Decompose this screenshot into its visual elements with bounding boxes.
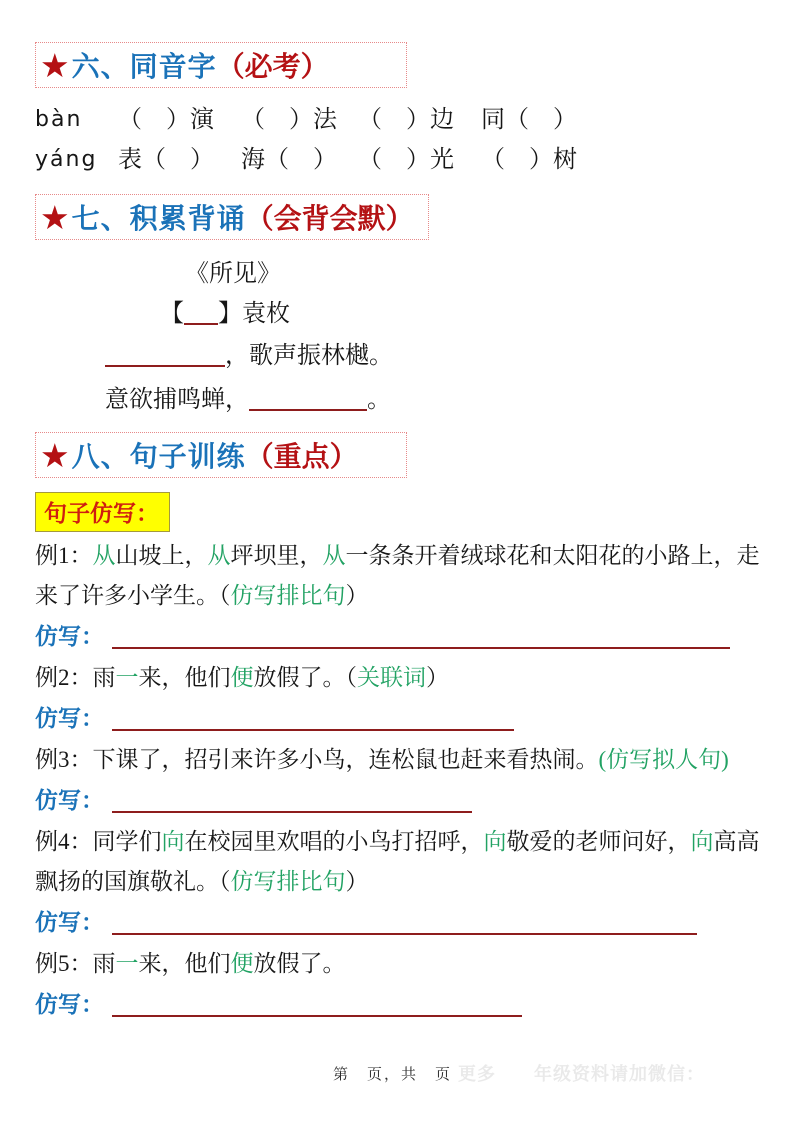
answer-underline <box>112 1015 522 1017</box>
sentence-badge: 句子仿写： <box>35 492 170 532</box>
text-run: 向 <box>691 829 714 854</box>
text-run: ） <box>346 869 369 894</box>
section-header-seven: ★ 七、积累背诵 （会背会默） <box>35 194 429 240</box>
text-run: 例1： <box>35 543 93 568</box>
text-run: 敬爱的老师问好， <box>507 829 691 854</box>
answer-line-4: 仿写： <box>35 902 760 944</box>
answer-underline <box>112 647 730 649</box>
example-sentence-5: 例5：雨一来，他们便放假了。 <box>35 944 760 984</box>
answer-line-5: 仿写： <box>35 984 760 1026</box>
homophone-item: （ ）法 <box>241 100 358 140</box>
text-run: ，歌声振林樾。 <box>225 343 393 369</box>
section-title: 八、句子训练 <box>72 435 246 475</box>
answer-underline <box>112 729 514 731</box>
text-run: 便 <box>231 665 254 690</box>
section-title: 七、积累背诵 <box>72 197 246 237</box>
text-run: 仿写排比句 <box>231 869 346 894</box>
homophone-item: 同（ ） <box>481 100 760 140</box>
answer-underline <box>112 811 472 813</box>
homophone-item: （ ）树 <box>481 140 760 180</box>
text-run: 【 <box>160 301 184 327</box>
text-run: 一 <box>116 951 139 976</box>
homophone-item: 海（ ） <box>241 140 358 180</box>
fangxie-label: 仿写： <box>35 698 104 740</box>
section-subtitle: （必考） <box>217 45 329 85</box>
section-subtitle: （会背会默） <box>246 197 414 237</box>
text-run: 意欲捕鸣蝉， <box>105 387 249 413</box>
fangxie-label: 仿写： <box>35 902 104 944</box>
text-run: 坪坝里， <box>231 543 323 568</box>
text-run: 从 <box>208 543 231 568</box>
star-icon: ★ <box>40 49 70 82</box>
text-run: 向 <box>484 829 507 854</box>
text-run: 从 <box>323 543 346 568</box>
poem-author-line: 【】袁枚 <box>35 294 760 334</box>
answer-line-2: 仿写： <box>35 698 760 740</box>
homophone-exercise: bàn （ ）演 （ ）法 （ ）边 同（ ） yáng 表（ ） 海（ ） （… <box>35 100 760 180</box>
homophone-row: bàn （ ）演 （ ）法 （ ）边 同（ ） <box>35 100 760 140</box>
watermark-text: 更多 年级资料请加微信： <box>458 1060 705 1086</box>
poem-block: 《所见》 【】袁枚 ，歌声振林樾。 意欲捕鸣蝉，。 <box>35 254 760 422</box>
text-run: 一 <box>116 665 139 690</box>
fangxie-label: 仿写： <box>35 780 104 822</box>
homophone-item: （ ）光 <box>358 140 481 180</box>
text-run: 例5：雨 <box>35 951 116 976</box>
text-run: 例4：同学们 <box>35 829 162 854</box>
text-run: (仿写拟人句) <box>599 747 729 772</box>
section-header-six: ★ 六、同音字 （必考） <box>35 42 407 88</box>
star-icon: ★ <box>40 201 70 234</box>
text-run: 。 <box>367 387 391 413</box>
text-run: 例3：下课了，招引来许多小鸟，连松鼠也赶来看热闹。 <box>35 747 599 772</box>
text-run: 便 <box>231 951 254 976</box>
blank-underline <box>105 362 225 367</box>
poem-line: 意欲捕鸣蝉，。 <box>35 378 760 422</box>
homophone-item: 表（ ） <box>118 140 241 180</box>
footer-page-number: 第 页，共 页 <box>333 1063 452 1084</box>
text-run: 例2：雨 <box>35 665 116 690</box>
answer-line-1: 仿写： <box>35 616 760 658</box>
pinyin-label: bàn <box>35 100 118 140</box>
text-run: 来，他们 <box>139 665 231 690</box>
section-title: 六、同音字 <box>72 45 217 85</box>
text-run: 放假了。 <box>254 951 346 976</box>
answer-underline <box>112 933 697 935</box>
text-run: ） <box>426 665 449 690</box>
text-run: 从 <box>93 543 116 568</box>
text-run: 仿写排比句 <box>231 583 346 608</box>
text-run: ） <box>346 583 369 608</box>
text-run: 在校园里欢唱的小鸟打招呼， <box>185 829 484 854</box>
fangxie-label: 仿写： <box>35 984 104 1026</box>
section-subtitle: （重点） <box>246 435 358 475</box>
homophone-item: （ ）边 <box>358 100 481 140</box>
poem-line: ，歌声振林樾。 <box>35 334 760 378</box>
text-run: 向 <box>162 829 185 854</box>
homophone-item: （ ）演 <box>118 100 241 140</box>
fangxie-label: 仿写： <box>35 616 104 658</box>
worksheet-page: ★ 六、同音字 （必考） bàn （ ）演 （ ）法 （ ）边 同（ ） yán… <box>0 0 793 1122</box>
example-sentence-3: 例3：下课了，招引来许多小鸟，连松鼠也赶来看热闹。(仿写拟人句) <box>35 740 760 780</box>
example-sentence-2: 例2：雨一来，他们便放假了。（关联词） <box>35 658 760 698</box>
text-run: 山坡上， <box>116 543 208 568</box>
example-sentence-4: 例4：同学们向在校园里欢唱的小鸟打招呼，向敬爱的老师问好，向高高飘扬的国旗敬礼。… <box>35 822 760 902</box>
section-header-eight: ★ 八、句子训练 （重点） <box>35 432 407 478</box>
blank-underline <box>184 320 218 325</box>
text-run: 】袁枚 <box>218 301 290 327</box>
pinyin-label: yáng <box>35 140 118 180</box>
homophone-row: yáng 表（ ） 海（ ） （ ）光 （ ）树 <box>35 140 760 180</box>
text-run: 关联词 <box>357 665 426 690</box>
poem-title: 《所见》 <box>35 254 760 294</box>
example-sentence-1: 例1：从山坡上，从坪坝里，从一条条开着绒球花和太阳花的小路上，走来了许多小学生。… <box>35 536 760 616</box>
text-run: 来，他们 <box>139 951 231 976</box>
answer-line-3: 仿写： <box>35 780 760 822</box>
star-icon: ★ <box>40 439 70 472</box>
text-run: 放假了。（ <box>254 665 358 690</box>
blank-underline <box>249 406 367 411</box>
